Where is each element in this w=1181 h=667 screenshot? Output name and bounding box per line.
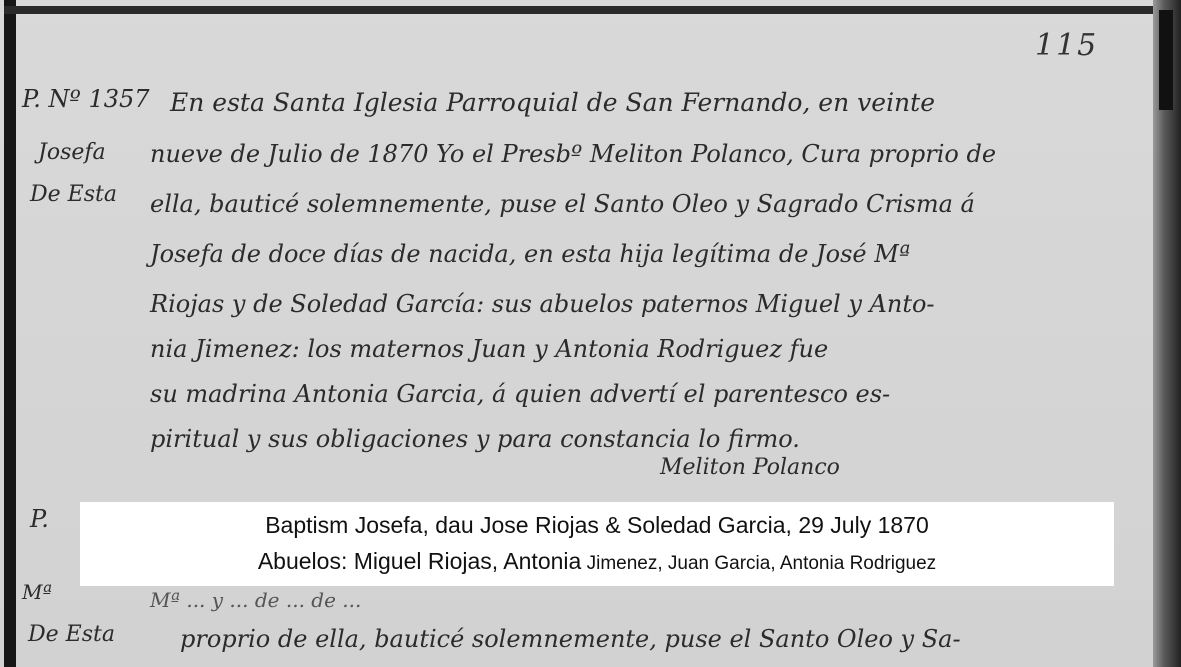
caption-line-2-main: Abuelos: Miguel Riojas, Antonia bbox=[258, 548, 581, 574]
page-number: 115 bbox=[1035, 28, 1098, 63]
caption-box: Baptism Josefa, dau Jose Riojas & Soleda… bbox=[80, 502, 1114, 586]
caption-line-2: Abuelos: Miguel Riojas, Antonia Jimenez,… bbox=[80, 548, 1114, 575]
handwritten-line: piritual y sus obligaciones y para const… bbox=[150, 425, 800, 453]
scanned-document-page: 115 P. Nº 1357 Josefa De Esta En esta Sa… bbox=[0, 0, 1181, 667]
handwritten-line: proprio de ella, bauticé solemnemente, p… bbox=[180, 625, 961, 653]
handwritten-line: Mª ... y ... de ... de ... bbox=[150, 588, 361, 612]
handwritten-line: ella, bauticé solemnemente, puse el Sant… bbox=[150, 190, 975, 218]
margin-residence: De Esta bbox=[30, 182, 117, 207]
priest-signature: Meliton Polanco bbox=[660, 455, 840, 480]
margin-name: Josefa bbox=[38, 140, 106, 165]
lower-margin-name: Mª bbox=[22, 580, 52, 604]
caption-line-2-small: Jimenez, Juan Garcia, Antonia Rodriguez bbox=[581, 553, 936, 574]
handwritten-line: Riojas y de Soledad García: sus abuelos … bbox=[150, 290, 935, 318]
handwritten-line: Josefa de doce días de nacida, en esta h… bbox=[150, 240, 910, 268]
page-left-border bbox=[4, 0, 16, 667]
lower-entry-number: P. bbox=[30, 505, 49, 533]
lower-margin-residence: De Esta bbox=[28, 622, 115, 647]
handwritten-line: su madrina Antonia Garcia, á quien adver… bbox=[150, 380, 890, 408]
handwritten-line: En esta Santa Iglesia Parroquial de San … bbox=[170, 88, 935, 117]
page-binding-shadow bbox=[1159, 10, 1173, 110]
page-top-border bbox=[4, 6, 1154, 14]
caption-line-1: Baptism Josefa, dau Jose Riojas & Soleda… bbox=[80, 512, 1114, 539]
entry-number: P. Nº 1357 bbox=[22, 85, 150, 113]
handwritten-line: nia Jimenez: los maternos Juan y Antonia… bbox=[150, 335, 828, 363]
handwritten-line: nueve de Julio de 1870 Yo el Presbº Meli… bbox=[150, 140, 996, 168]
